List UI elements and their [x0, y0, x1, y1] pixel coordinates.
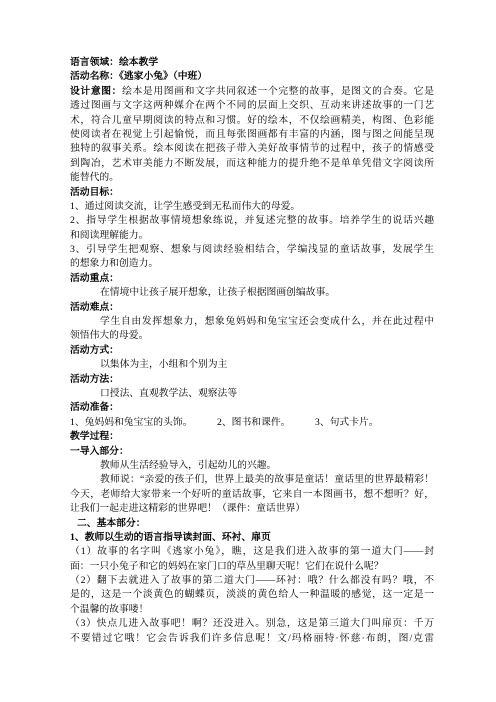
document-page: 语言领域：绘本教学活动名称：《逃家小兔》（中班）设计意图：绘本是用图画和文字共同…	[0, 0, 496, 702]
doc-line: 今天，老师给大家带来一个好听的童话故事，它来自一本图画书，想不想听？好，	[70, 488, 434, 502]
doc-line: 活动方法：	[70, 373, 434, 387]
doc-line: 是的，这是一个淡黄色的蝴蝶页，淡淡的黄色给人一种温暖的感觉，这一定是一	[70, 588, 434, 602]
doc-line: 以集体为主，小组和个别为主	[70, 358, 434, 372]
doc-line: 的想象力和创造力。	[70, 257, 434, 271]
doc-text: 教师说：“亲爱的孩子们，世界上最美的故事是童话！童话里的世界最精彩！	[100, 474, 434, 485]
doc-line: 教学过程：	[70, 430, 434, 444]
doc-line: 独特的叙事关系。绘本阅读在把孩子带入美好故事情节的过程中，孩子的情感受	[70, 142, 434, 156]
doc-text: 能替代的。	[70, 172, 119, 183]
doc-line: 领悟伟大的母爱。	[70, 329, 434, 343]
doc-text: 领悟伟大的母爱。	[70, 330, 148, 341]
doc-line: 二、基本部分：	[70, 517, 434, 531]
doc-text-bold: 一导入部分：	[70, 446, 129, 457]
doc-text: 让我们一起走进这精彩的世界吧！（课件：童话世界）	[70, 503, 305, 514]
doc-line: 和阅读理解能力。	[70, 229, 434, 243]
doc-text: 今天，老师给大家带来一个好听的童话故事，它来自一本图画书，想不想听？好，	[70, 489, 434, 500]
doc-text: 绘本是用图画和文字共同叙述一个完整的故事，是图文的合奏。它是	[122, 86, 434, 97]
doc-line: （3）快点儿进入故事吧！啊？还没进入。别急，这是第三道大门叫扉页：千万	[70, 617, 434, 631]
doc-line: 到陶冶，艺术审美能力不断发展，而这种能力的提升绝不是单单凭借文字阅读所	[70, 157, 434, 171]
doc-text: 使阅读者在视觉上引起愉悦，而且每张图画都有丰富的内涵，图与图之间能呈现	[70, 129, 434, 140]
doc-line: 术，符合儿童早期阅读的特点和习惯。好的绘本，不仅绘画精美，构图、色彩能	[70, 114, 434, 128]
doc-text-bold: 设计意图：	[70, 86, 122, 97]
doc-line: 使阅读者在视觉上引起愉悦，而且每张图画都有丰富的内涵，图与图之间能呈现	[70, 128, 434, 142]
doc-line: 2、指导学生根据故事情境想象练说，并复述完整的故事。培养学生的说话兴趣	[70, 214, 434, 228]
doc-text: 教师从生活经验导入，引起幼儿的兴趣。	[100, 460, 276, 471]
doc-text: 透过图画与文字这两种媒介在两个不同的层面上交织、互动来讲述故事的一门艺	[70, 100, 434, 111]
doc-text: 面：一只小兔子和它的妈妈在家门口的草丛里聊天呢！它们在说什么呢？	[70, 561, 384, 572]
doc-line: 不要错过它哦！它会告诉我们许多信息呢！文/玛格丽特·怀慈·布朗，图/克雷	[70, 632, 434, 646]
doc-line: 3、引导学生把观察、想象与阅读经验相结合，学编浅显的童话故事，发展学生	[70, 243, 434, 257]
doc-text: （2）翻下去就进入了故事的第二道大门——环衬：哦？什么都没有吗？哦，不	[70, 575, 434, 586]
doc-text-bold: 活动难点：	[70, 302, 119, 313]
doc-text: 1、通过阅读交流，让学生感受到无私而伟大的母爱。	[70, 201, 300, 212]
doc-line: 学生自由发挥想象力，想象兔妈妈和兔宝宝还会变成什么，并在此过程中	[70, 315, 434, 329]
doc-line: 1、教师以生动的语言指导读封面、环衬、扉页	[70, 531, 434, 545]
doc-text-bold: 活动名称：《逃家小兔》（中班）	[70, 71, 207, 82]
doc-text: 口授法、直观教学法、观察法等	[100, 388, 237, 399]
doc-line: 教师说：“亲爱的孩子们，世界上最美的故事是童话！童话里的世界最精彩！	[70, 473, 434, 487]
doc-text-bold: 1、教师以生动的语言指导读封面、环衬、扉页	[70, 532, 271, 543]
doc-text-bold: 活动准备：	[70, 402, 119, 413]
doc-line: 个温馨的故事喽！	[70, 603, 434, 617]
doc-text: 术，符合儿童早期阅读的特点和习惯。好的绘本，不仅绘画精美，构图、色彩能	[70, 115, 434, 126]
doc-text: 独特的叙事关系。绘本阅读在把孩子带入美好故事情节的过程中，孩子的情感受	[70, 143, 434, 154]
doc-line: （1）故事的名字叫《逃家小兔》，瞧，这是我们进入故事的第一道大门——封	[70, 545, 434, 559]
doc-text-bold: 活动目标：	[70, 187, 119, 198]
doc-text: 是的，这是一个淡黄色的蝴蝶页，淡淡的黄色给人一种温暖的感觉，这一定是一	[70, 589, 434, 600]
doc-line: 能替代的。	[70, 171, 434, 185]
doc-line: 在情境中让孩子展开想象，让孩子根据图画创编故事。	[70, 286, 434, 300]
doc-text: 到陶冶，艺术审美能力不断发展，而这种能力的提升绝不是单单凭借文字阅读所	[70, 158, 434, 169]
doc-text-bold: 活动方式：	[70, 345, 119, 356]
doc-text: 在情境中让孩子展开想象，让孩子根据图画创编故事。	[100, 287, 335, 298]
doc-line: （2）翻下去就进入了故事的第二道大门——环衬：哦？什么都没有吗？哦，不	[70, 574, 434, 588]
doc-text: 个温馨的故事喽！	[70, 604, 148, 615]
doc-text: （3）快点儿进入故事吧！啊？还没进入。别急，这是第三道大门叫扉页：千万	[70, 618, 434, 629]
doc-text-bold: 活动方法：	[70, 374, 119, 385]
doc-line: 口授法、直观教学法、观察法等	[70, 387, 434, 401]
doc-line: 活动重点：	[70, 272, 434, 286]
doc-text: 以集体为主，小组和个别为主	[100, 359, 227, 370]
doc-text: 2、指导学生根据故事情境想象练说，并复述完整的故事。培养学生的说话兴趣	[70, 215, 434, 226]
doc-line: 语言领域：绘本教学	[70, 56, 434, 70]
doc-text: 和阅读理解能力。	[70, 230, 148, 241]
doc-text-bold: 语言领域：绘本教学	[70, 57, 158, 68]
doc-line: 活动准备：	[70, 401, 434, 415]
document-content: 语言领域：绘本教学活动名称：《逃家小兔》（中班）设计意图：绘本是用图画和文字共同…	[70, 56, 434, 646]
doc-line: 教师从生活经验导入，引起幼儿的兴趣。	[70, 459, 434, 473]
doc-line: 1、通过阅读交流，让学生感受到无私而伟大的母爱。	[70, 200, 434, 214]
doc-text: 学生自由发挥想象力，想象兔妈妈和兔宝宝还会变成什么，并在此过程中	[100, 316, 434, 327]
doc-text-bold: 二、基本部分：	[77, 518, 146, 529]
doc-text: 1、兔妈妈和兔宝宝的头饰。 2、图书和课件。 3、句式卡片。	[70, 417, 379, 428]
doc-text: 的想象力和创造力。	[70, 258, 158, 269]
doc-line: 一导入部分：	[70, 445, 434, 459]
doc-line: 面：一只小兔子和它的妈妈在家门口的草丛里聊天呢！它们在说什么呢？	[70, 560, 434, 574]
doc-line: 设计意图：绘本是用图画和文字共同叙述一个完整的故事，是图文的合奏。它是	[70, 85, 434, 99]
doc-text-bold: 活动重点：	[70, 273, 119, 284]
doc-text-bold: 教学过程：	[70, 431, 119, 442]
doc-line: 透过图画与文字这两种媒介在两个不同的层面上交织、互动来讲述故事的一门艺	[70, 99, 434, 113]
doc-line: 活动目标：	[70, 186, 434, 200]
doc-line: 活动名称：《逃家小兔》（中班）	[70, 70, 434, 84]
doc-text: （1）故事的名字叫《逃家小兔》，瞧，这是我们进入故事的第一道大门——封	[70, 546, 434, 557]
doc-text: 不要错过它哦！它会告诉我们许多信息呢！文/玛格丽特·怀慈·布朗，图/克雷	[70, 633, 434, 644]
doc-line: 活动难点：	[70, 301, 434, 315]
doc-line: 1、兔妈妈和兔宝宝的头饰。 2、图书和课件。 3、句式卡片。	[70, 416, 434, 430]
doc-line: 活动方式：	[70, 344, 434, 358]
doc-text: 3、引导学生把观察、想象与阅读经验相结合，学编浅显的童话故事，发展学生	[70, 244, 434, 255]
doc-line: 让我们一起走进这精彩的世界吧！（课件：童话世界）	[70, 502, 434, 516]
